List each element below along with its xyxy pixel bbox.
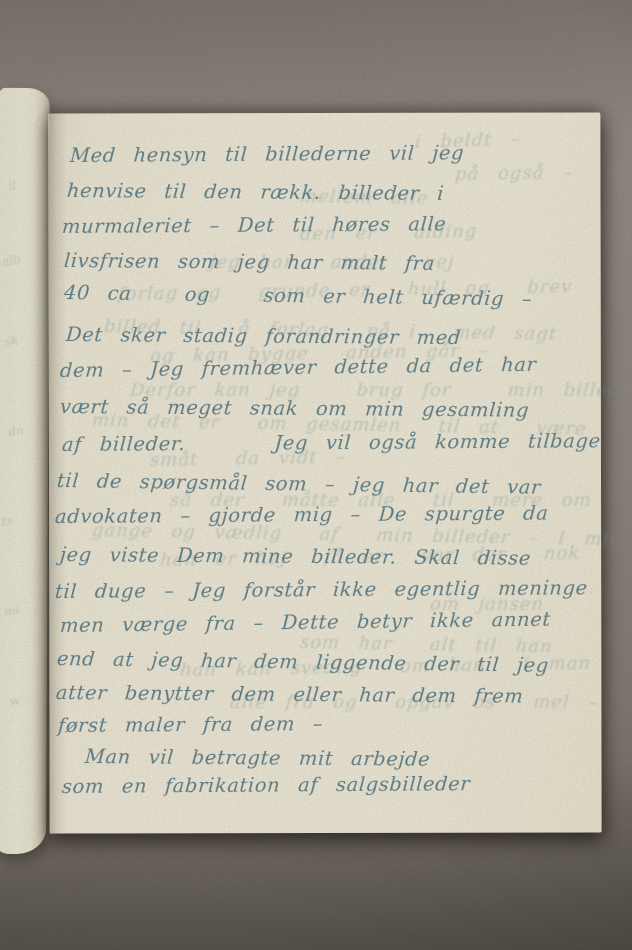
page-edge-mark: il <box>8 179 18 192</box>
page-edge-mark: sk <box>4 334 19 348</box>
notebook-page <box>48 113 601 834</box>
page-edge-mark: dn <box>7 424 24 438</box>
page-edge-mark: w <box>9 694 21 708</box>
manuscript-photo: il alb sk dn ts mi w i beldt – på også –… <box>0 0 632 950</box>
previous-pages-edge: il alb sk dn ts mi w <box>0 88 50 854</box>
page-edge-mark: alb <box>1 253 21 268</box>
page-edge-mark: mi <box>3 604 20 618</box>
page-edge-mark: ts <box>1 514 14 528</box>
